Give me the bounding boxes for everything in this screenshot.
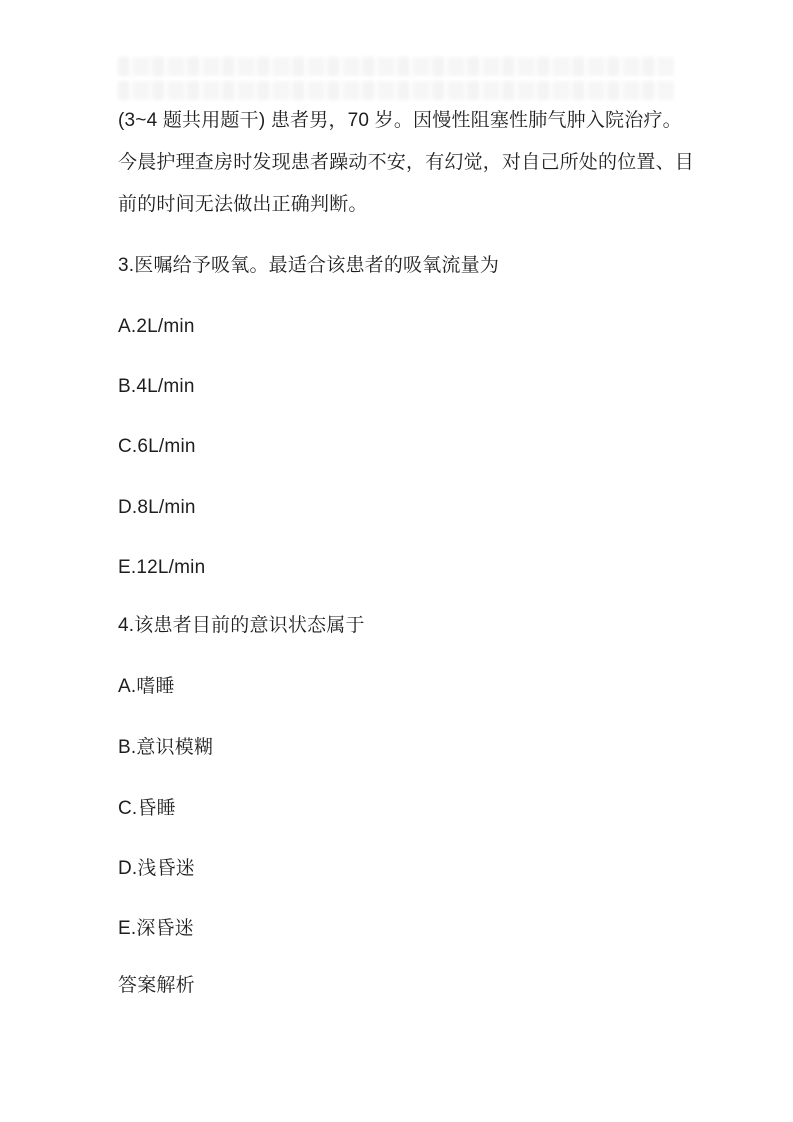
redacted-blur-band (118, 57, 674, 100)
page: { "document": { "background_color": "#ff… (0, 0, 793, 1122)
case-stem-line-1: (3~4 题共用题干) 患者男，70 岁。因慢性阻塞性肺气肿入院治疗。 (118, 108, 682, 134)
document-page: (3~4 题共用题干) 患者男，70 岁。因慢性阻塞性肺气肿入院治疗。 今晨护理… (0, 0, 793, 1122)
question-4-option-a: A.嗜睡 (118, 674, 175, 700)
question-4-option-e: E.深昏迷 (118, 916, 194, 942)
question-4-text: 4.该患者目前的意识状态属于 (118, 613, 365, 639)
question-3-option-a: A.2L/min (118, 314, 195, 340)
question-4-option-b: B.意识模糊 (118, 735, 213, 761)
question-4-option-d: D.浅昏迷 (118, 856, 195, 882)
case-stem-line-3: 前的时间无法做出正确判断。 (118, 192, 368, 218)
question-3-option-c: C.6L/min (118, 434, 196, 460)
question-3-option-b: B.4L/min (118, 374, 195, 400)
redacted-blur-row (118, 57, 674, 76)
question-3-option-e: E.12L/min (118, 555, 205, 581)
question-3-text: 3.医嘱给予吸氧。最适合该患者的吸氧流量为 (118, 253, 499, 279)
question-4-option-c: C.昏睡 (118, 796, 176, 822)
redacted-blur-row (118, 81, 674, 100)
answer-analysis-heading: 答案解析 (118, 973, 195, 999)
question-3-option-d: D.8L/min (118, 495, 196, 521)
case-stem-line-2: 今晨护理查房时发现患者躁动不安，有幻觉，对自己所处的位置、目 (118, 150, 694, 176)
